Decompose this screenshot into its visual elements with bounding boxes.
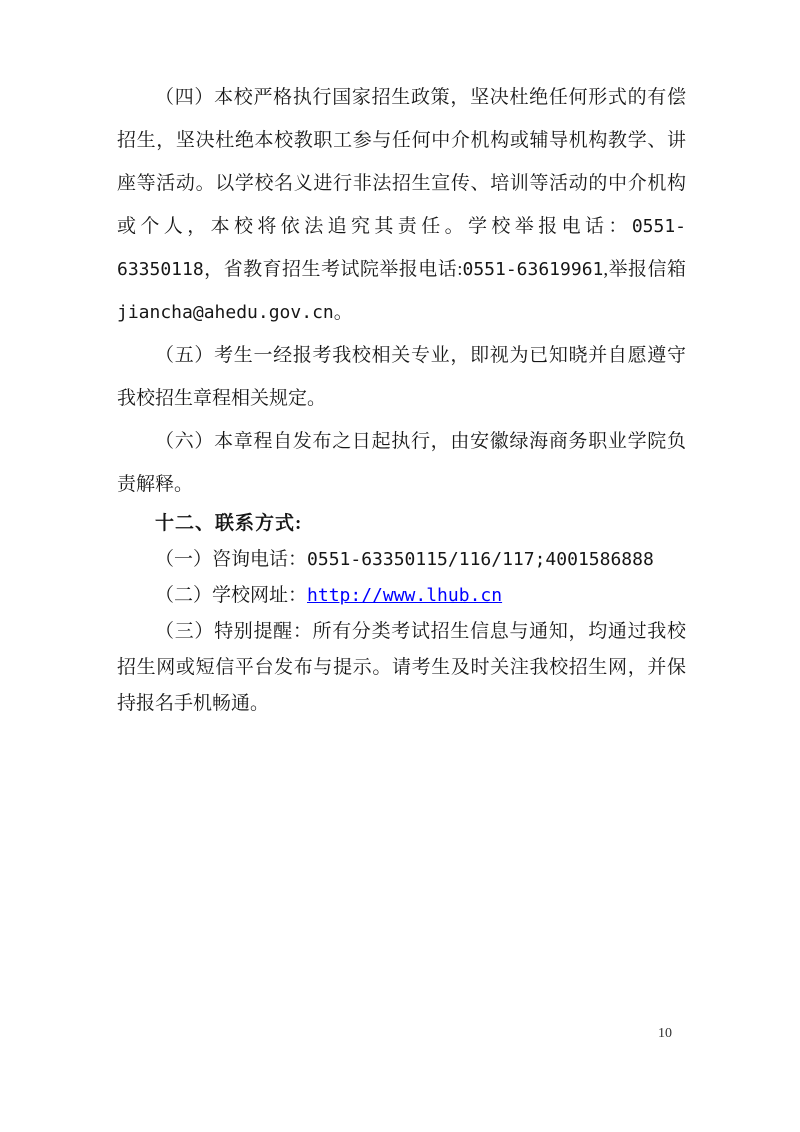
heading-contact: 十二、联系方式: bbox=[117, 506, 686, 542]
para-website: （二）学校网址：http://www.lhub.cn bbox=[117, 578, 686, 614]
para-item-5: （五）考生一经报考我校相关专业，即视为已知晓并自愿遵守我校招生章程相关规定。 bbox=[117, 334, 686, 420]
para-item-6: （六）本章程自发布之日起执行，由安徽绿海商务职业学院负责解释。 bbox=[117, 420, 686, 506]
para-reminder-text: （三）特别提醒：所有分类考试招生信息与通知，均通过我校招生网或短信平台发布与提示… bbox=[117, 621, 686, 714]
para-item-4-text: ，省教育招生考试院举报电话: bbox=[204, 259, 463, 280]
document-body: （四）本校严格执行国家招生政策，坚决杜绝任何形式的有偿招生，坚决杜绝本校教职工参… bbox=[117, 76, 686, 722]
school-website-link[interactable]: http://www.lhub.cn bbox=[307, 585, 502, 606]
document-page: （四）本校严格执行国家招生政策，坚决杜绝任何形式的有偿招生，坚决杜绝本校教职工参… bbox=[0, 0, 800, 1132]
para-reminder: （三）特别提醒：所有分类考试招生信息与通知，均通过我校招生网或短信平台发布与提示… bbox=[117, 614, 686, 722]
para-item-4-text: 0551-63619961 bbox=[462, 259, 603, 280]
para-item-4-text: 。 bbox=[334, 302, 353, 323]
para-phone: （一）咨询电话：0551-63350115/116/117;4001586888 bbox=[117, 542, 686, 578]
para-item-6-text: （六）本章程自发布之日起执行，由安徽绿海商务职业学院负责解释。 bbox=[117, 431, 686, 495]
para-item-4-text: ,举报信箱 bbox=[603, 259, 686, 280]
para-website-text: （二）学校网址： bbox=[155, 585, 307, 606]
para-item-4-text: （四）本校严格执行国家招生政策，坚决杜绝任何形式的有偿招生，坚决杜绝本校教职工参… bbox=[117, 87, 686, 237]
para-item-4: （四）本校严格执行国家招生政策，坚决杜绝任何形式的有偿招生，坚决杜绝本校教职工参… bbox=[117, 76, 686, 334]
heading-contact-text: 十二、联系方式: bbox=[155, 513, 302, 534]
para-phone-text: （一）咨询电话： bbox=[155, 549, 307, 570]
page-number: 10 bbox=[658, 1026, 672, 1042]
para-item-4-text: jiancha@ahedu.gov.cn bbox=[117, 302, 334, 323]
para-phone-text: 0551-63350115/116/117;4001586888 bbox=[307, 549, 654, 570]
para-item-5-text: （五）考生一经报考我校相关专业，即视为已知晓并自愿遵守我校招生章程相关规定。 bbox=[117, 345, 686, 409]
